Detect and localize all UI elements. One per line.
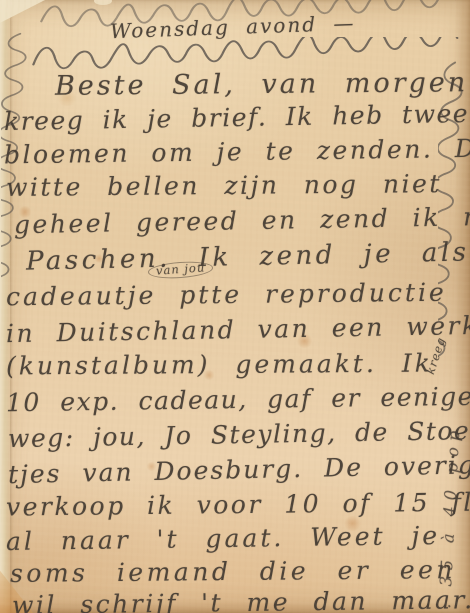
letter-line-12: tjes van Doesburg. De overige (8, 451, 470, 489)
insertion-kreeg: kreeg (424, 335, 448, 375)
letter-line-9: (kunstalbum) gemaakt. Ik (6, 350, 433, 380)
dateline: Woensdag avond — (110, 12, 356, 43)
letter-scan: Woensdag avond — Beste Sal, van morgen k… (0, 0, 470, 613)
letter-line-11: weg: jou, Jo Steyling, de Stoel (8, 417, 470, 453)
letter-line-4: witte bellen zijn nog niet (6, 170, 442, 201)
letter-paper: Woensdag avond — Beste Sal, van morgen k… (0, 0, 470, 613)
letter-line-3: bloemen om je te zenden. De (4, 135, 470, 169)
letter-line-8: in Duitschland van een werk (6, 312, 470, 348)
letter-line-1: Beste Sal, van morgen (55, 68, 468, 101)
insertion-van-jou: van jou (148, 260, 214, 280)
letter-line-13: verkoop ik voor 10 of 15 fl. (6, 488, 470, 521)
letter-line-10: 10 exp. cadeau, gaf er eenige (6, 383, 470, 417)
top-edge-notch (94, 0, 112, 5)
letter-line-16: wil schrijf 't me dan maar. (12, 586, 470, 613)
letter-line-5: geheel gereed en zend ik na (14, 203, 470, 239)
letter-line-15: soms iemand die er een (10, 556, 456, 587)
letter-line-7: cadeautje ptte reproductie (6, 279, 447, 311)
letter-line-6: Paschen. Ik zend je als (26, 238, 470, 276)
letter-line-2: kreeg ik je brief. Ik heb twee (4, 100, 469, 136)
letter-line-14: al naar 't gaat. Weet je (6, 522, 440, 556)
